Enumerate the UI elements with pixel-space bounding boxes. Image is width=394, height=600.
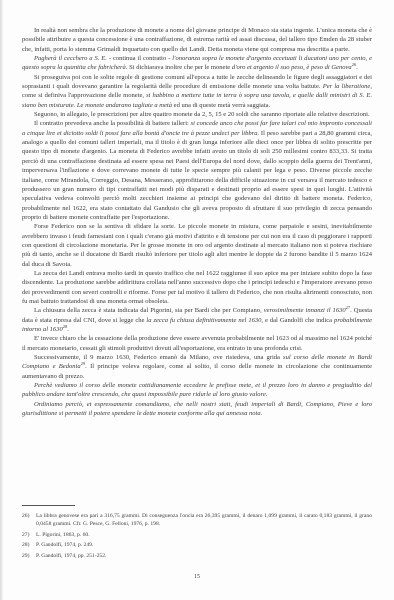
paragraph: In realtà non sembra che la produzione d…	[22, 26, 372, 54]
text-run: Successivamente, il 9 marzo 1630, Federi…	[34, 354, 283, 361]
footnote-number: 28)	[22, 541, 36, 549]
italic-run: la zecca fu chiusa definitivamente nel 1…	[146, 317, 261, 324]
body-text: In realtà non sembra che la produzione d…	[22, 26, 372, 418]
text-run: E' invece chiaro che la cessazione della…	[22, 335, 372, 351]
text-run: .	[356, 64, 358, 71]
paragraph: E' invece chiaro che la cessazione della…	[22, 334, 372, 353]
page-number: 15	[0, 574, 394, 580]
text-run: .	[67, 326, 69, 333]
italic-run: d'oro et argento il suo peso, è peso di …	[232, 64, 352, 71]
footnote-number: 29)	[22, 552, 36, 560]
italic-run: Ordiniamo perciò, et espressamente coman…	[22, 401, 372, 417]
text-run: , e dal Gandolfi che indica	[261, 317, 334, 324]
paragraph: Ordiniamo perciò, et espressamente coman…	[22, 400, 372, 419]
paragraph: Si proseguiva poi con le solite regole d…	[22, 73, 372, 110]
paragraph: Successivamente, il 9 marzo 1630, Federi…	[22, 353, 372, 381]
paragraph: Seguono, in allegato, le prescrizioni pe…	[22, 110, 372, 119]
footnote-28: 28) P. Gandolfi, 1974, p. 249.	[22, 541, 372, 549]
paragraph: La zecca dei Landi entrava molto tardi i…	[22, 269, 372, 306]
italic-run: Perchè vediamo il corso delle monete cot…	[22, 382, 372, 398]
text-run: Seguono, in allegato, le prescrizioni pe…	[34, 111, 370, 118]
text-run: Il contratto prevedeva anche la possibil…	[34, 120, 191, 127]
paragraph: Forse Federico non se la sentiva di sfid…	[22, 222, 372, 269]
paragraph: Il contratto prevedeva anche la possibil…	[22, 119, 372, 222]
italic-run: Pagherà il cecchero a S. E.	[34, 55, 109, 62]
italic-run: Per la liberatione	[323, 83, 371, 90]
footnote-text: P. Gandolfi, 1974, p. 249.	[36, 541, 372, 549]
footnote-text: L. Pigorini, 1863, p. 60.	[36, 531, 372, 539]
paragraph: Perchè vediamo il corso delle monete cot…	[22, 381, 372, 400]
page-edge-shadow	[0, 0, 3, 600]
footnotes: 26) La libbra genovese era pari a 316,75…	[22, 512, 372, 562]
paragraph: La chiusura della zecca è stata indicata…	[22, 306, 372, 334]
text-run: ed una di queste metà verrà saggiata.	[172, 102, 270, 109]
footnote-29: 29) P. Gandolfi, 1974, pp. 251-252.	[22, 552, 372, 560]
footnote-text: La libbra genovese era pari a 316,75 gra…	[36, 512, 372, 528]
text-run: La chiusura della zecca è stata indicata…	[34, 307, 264, 314]
footnote-26: 26) La libbra genovese era pari a 316,75…	[22, 512, 372, 528]
text-run: Si proseguiva poi con le solite regole d…	[22, 74, 372, 90]
text-run: - continua il contratto -	[109, 55, 172, 62]
footnote-separator	[22, 505, 75, 506]
paragraph: Pagherà il cecchero a S. E. - continua i…	[22, 54, 372, 73]
italic-run: verosimilmente innanzi il 1630	[264, 307, 346, 314]
footnote-text: P. Gandolfi, 1974, pp. 251-252.	[36, 552, 372, 560]
text-run: Il peso sarebbe pari a 28,80 grammi circ…	[22, 130, 372, 221]
footnote-27: 27) L. Pigorini, 1863, p. 60.	[22, 531, 372, 539]
text-run: La zecca dei Landi entrava molto tardi i…	[22, 270, 372, 305]
text-run: Forse Federico non se la sentiva di sfid…	[22, 223, 372, 267]
text-run: Si dichiarava inoltre che per le monete	[127, 64, 231, 71]
footnote-number: 26)	[22, 512, 36, 528]
footnote-number: 27)	[22, 531, 36, 539]
text-run: In realtà non sembra che la produzione d…	[22, 27, 372, 53]
